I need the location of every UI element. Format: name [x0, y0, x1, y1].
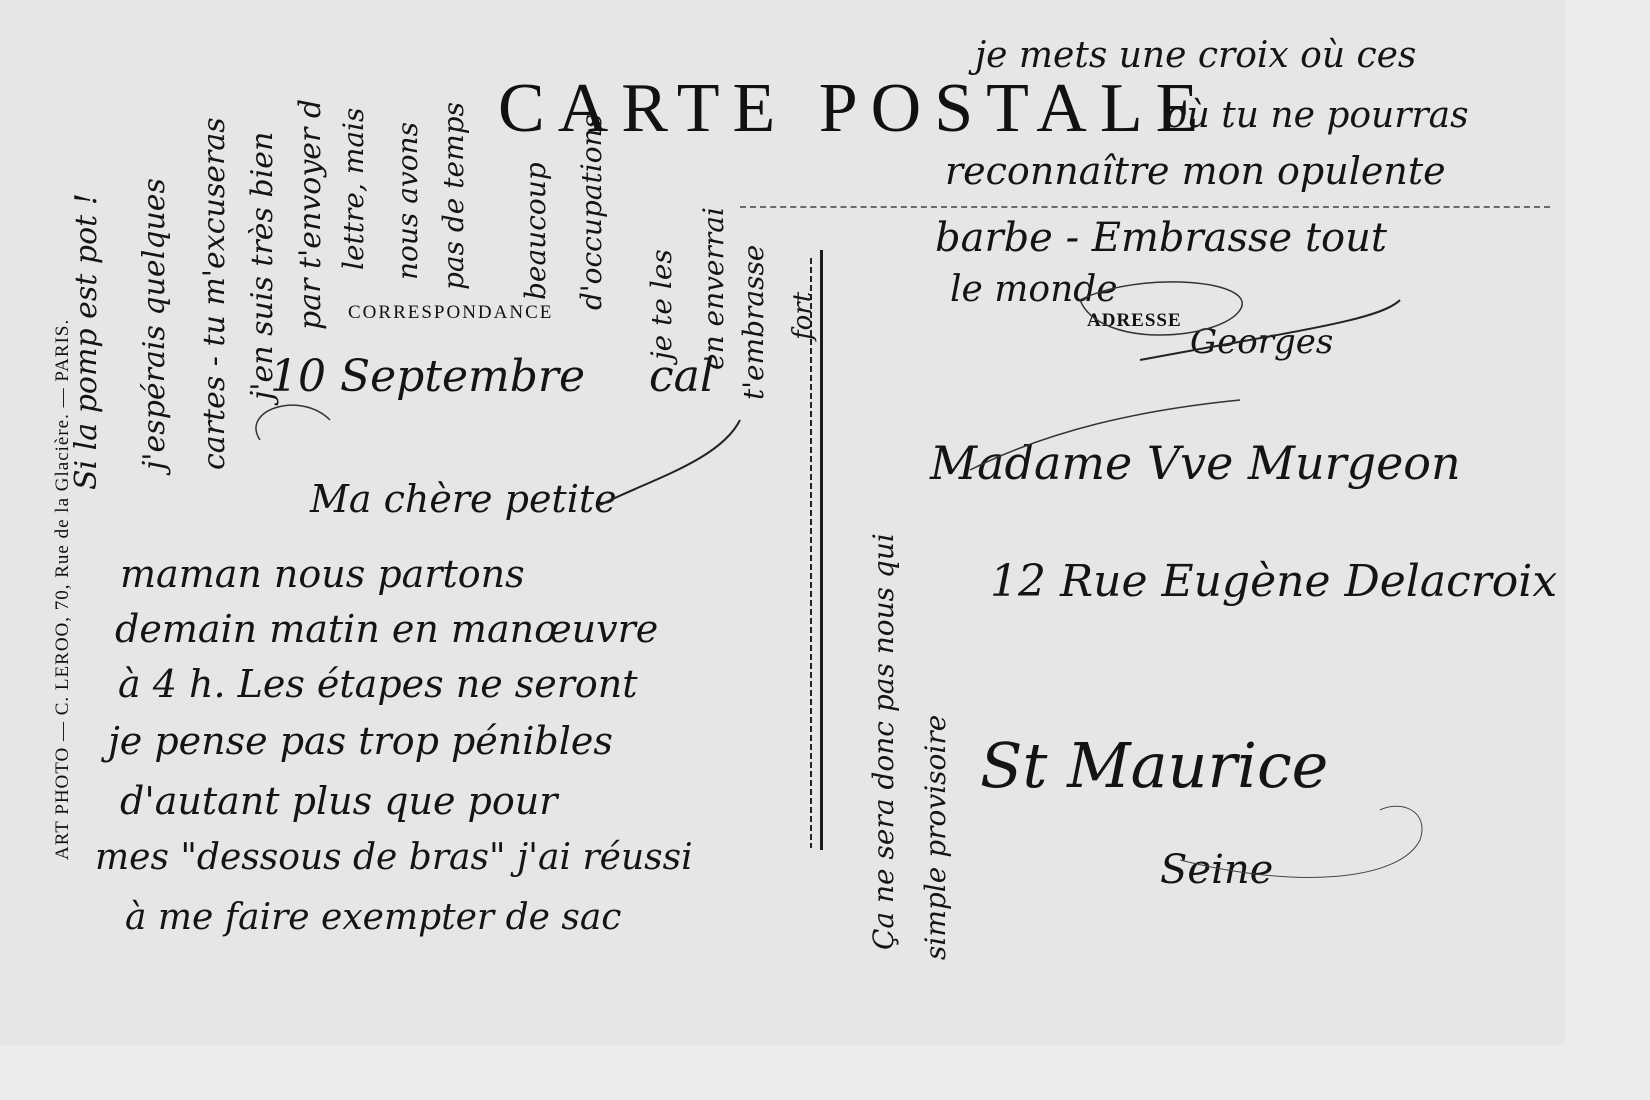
address-street: 12 Rue Eugène Delacroix [990, 560, 1557, 604]
message-line-3: demain matin en manœuvre [115, 610, 658, 648]
message-line-5: je pense pas trop pénibles [108, 722, 613, 760]
address-top-rule [740, 206, 1550, 208]
vertical-line-9: beaucoup [522, 162, 550, 300]
center-divider-line [820, 250, 823, 850]
vertical-line-12: en enverrai [700, 207, 728, 370]
message-line-2: maman nous partons [120, 555, 525, 593]
vertical-line-7: nous avons [394, 122, 422, 280]
message-line-8: à me faire exempter de sac [125, 900, 621, 936]
top-right-line-2: où tu ne pourras [1165, 98, 1469, 134]
address-recipient: Madame Vve Murgeon [930, 440, 1461, 486]
postcard-back: CARTE POSTALE CORRESPONDANCE ADRESSE ART… [0, 0, 1565, 1045]
message-date: 10 Septembre cal [270, 355, 714, 399]
top-right-line-5: le monde [950, 272, 1118, 308]
vertical-line-right-2: simple provisoire [922, 715, 950, 960]
vertical-line-14: fort [790, 292, 816, 340]
top-right-line-4: barbe - Embrasse tout [935, 218, 1387, 258]
top-right-line-1: je mets une croix où ces [975, 38, 1416, 74]
vertical-line-2: j'espérais quelques [140, 178, 170, 470]
vertical-line-11: je te les [648, 249, 676, 360]
vertical-line-8: pas de temps [440, 102, 468, 290]
message-date-suffix: cal [649, 351, 714, 402]
message-line-7: mes "dessous de bras" j'ai réussi [95, 840, 693, 876]
message-line-4: à 4 h. Les étapes ne seront [118, 665, 638, 703]
correspondence-label: CORRESPONDANCE [348, 302, 553, 324]
top-right-line-3: reconnaître mon opulente [945, 152, 1446, 190]
message-line-1: Ma chère petite [310, 480, 617, 518]
signature: Georges [1190, 325, 1333, 359]
address-label: ADRESSE [1087, 310, 1182, 332]
message-date-text: 10 Septembre [270, 351, 585, 402]
vertical-line-right-1: Ça ne sera donc pas nous qui [870, 533, 898, 950]
center-divider-dashed [810, 258, 812, 848]
message-line-6: d'autant plus que pour [120, 782, 557, 820]
vertical-line-6: lettre, mais [340, 108, 368, 270]
vertical-line-5: par t'envoyer d [296, 99, 326, 330]
vertical-line-10: d'occupations [578, 114, 606, 310]
vertical-line-3: cartes - tu m'excuseras [200, 117, 230, 470]
vertical-line-13: t'embrasse [740, 245, 768, 400]
address-city: St Maurice [980, 735, 1328, 797]
vertical-line-1: Si la pomp est pot ! [72, 193, 102, 490]
address-department: Seine [1160, 850, 1273, 890]
